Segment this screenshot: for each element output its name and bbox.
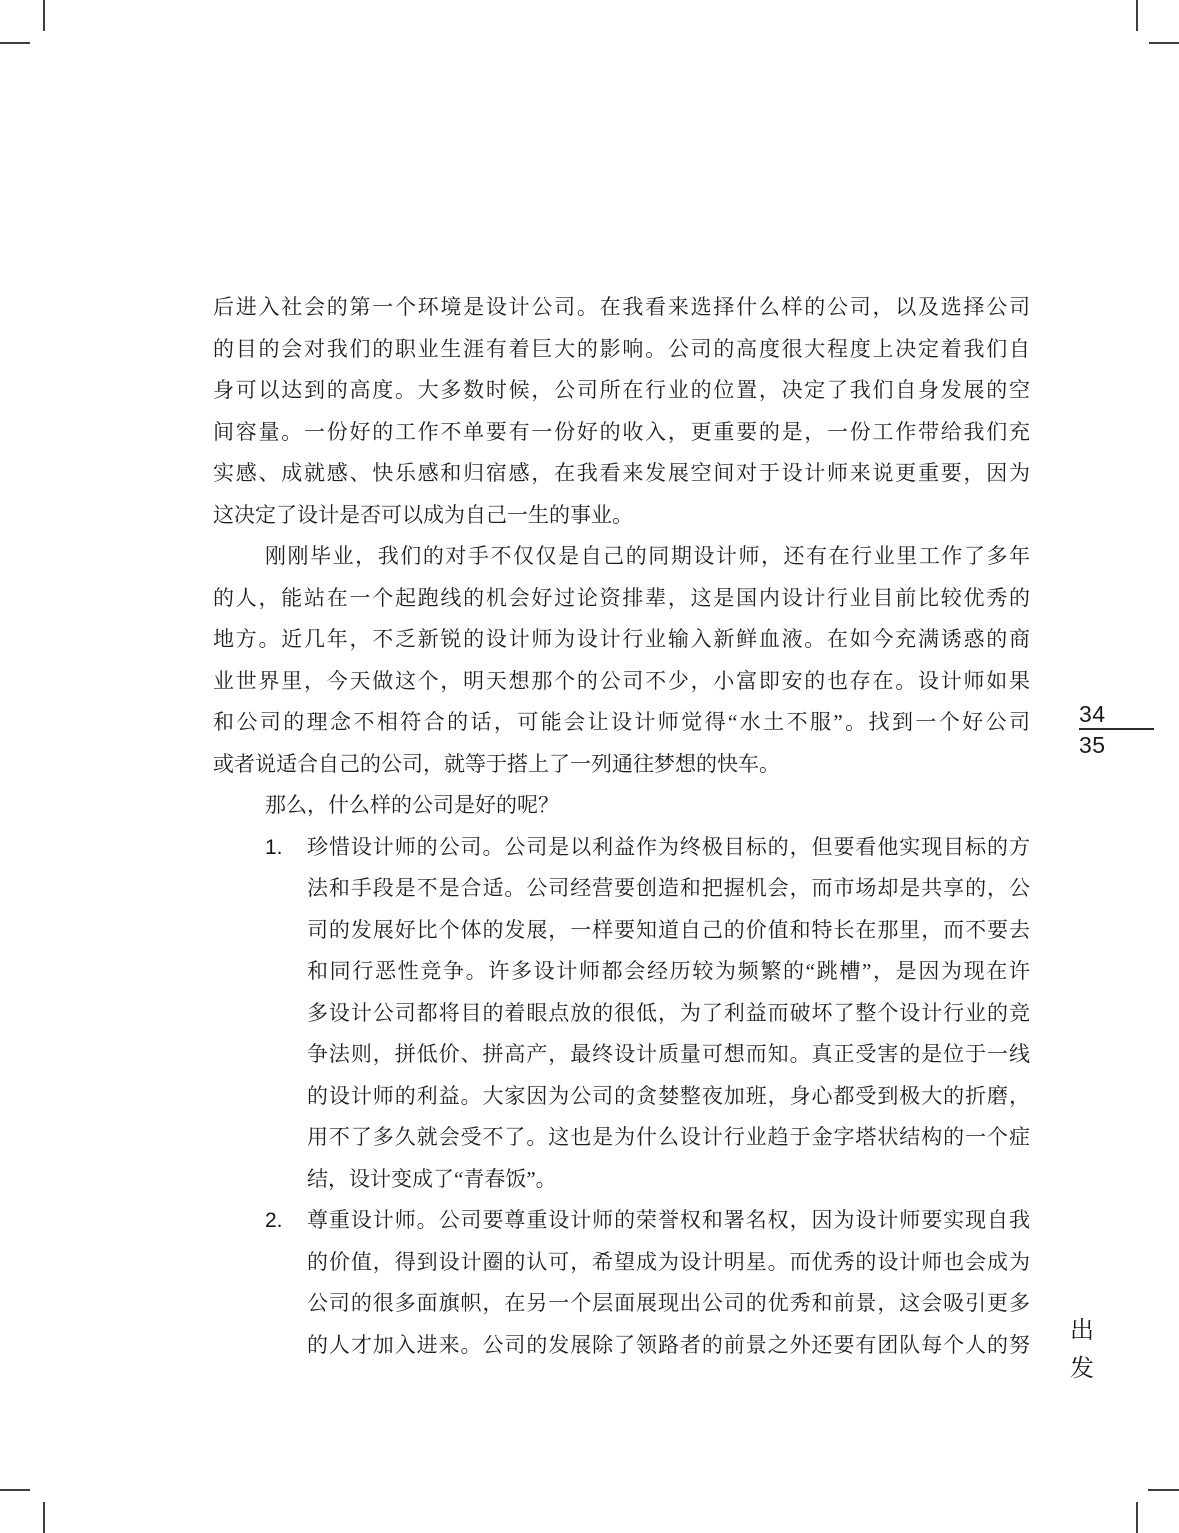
crop-mark-top-left-horizontal — [0, 42, 30, 44]
crop-mark-bottom-left-vertical — [43, 1502, 45, 1533]
page-number-bottom: 35 — [1079, 732, 1154, 759]
crop-mark-bottom-right-vertical — [1136, 1502, 1138, 1533]
text-line: 珍惜设计师的公司。公司是以利益作为终极目标的，但要看他实现目标的方 — [307, 827, 1030, 869]
text-line: 的人才加入进来。公司的发展除了领路者的前景之外还要有团队每个人的努 — [307, 1325, 1030, 1367]
text-line: 刚刚毕业，我们的对手不仅仅是自己的同期设计师，还有在行业里工作了多年 — [213, 536, 1030, 578]
text-line: 这决定了设计是否可以成为自己一生的事业。 — [213, 495, 1030, 537]
text-line: 多设计公司都将目的着眼点放的很低，为了利益而破坏了整个设计行业的竞 — [307, 993, 1030, 1035]
text-line: 实感、成就感、快乐感和归宿感，在我看来发展空间对于设计师来说更重要，因为 — [213, 453, 1030, 495]
crop-mark-top-left-vertical — [43, 0, 45, 31]
text-line: 司的发展好比个体的发展，一样要知道自己的价值和特长在那里，而不要去 — [307, 910, 1030, 952]
text-line: 后进入社会的第一个环境是设计公司。在我看来选择什么样的公司，以及选择公司 — [213, 287, 1030, 329]
margin-title-vertical: 出 发 — [1068, 1313, 1096, 1388]
text-line: 的人，能站在一个起跑线的机会好过论资排辈，这是国内设计行业目前比较优秀的 — [213, 578, 1030, 620]
text-line: 或者说适合自己的公司，就等于搭上了一列通往梦想的快车。 — [213, 744, 1030, 786]
text-line: 和公司的理念不相符合的话，可能会让设计师觉得“水土不服”。找到一个好公司 — [213, 702, 1030, 744]
page-number-top: 34 — [1079, 701, 1154, 728]
text-line: 法和手段是不是合适。公司经营要创造和把握机会，而市场却是共享的，公 — [307, 868, 1030, 910]
paragraph-2: 刚刚毕业，我们的对手不仅仅是自己的同期设计师，还有在行业里工作了多年 的人，能站… — [213, 536, 1030, 785]
text-line: 结，设计变成了“青春饭”。 — [307, 1159, 1030, 1201]
margin-title-char-1: 出 — [1068, 1313, 1096, 1351]
list-number-2: 2. — [265, 1200, 283, 1242]
list-item-1: 1. 珍惜设计师的公司。公司是以利益作为终极目标的，但要看他实现目标的方 法和手… — [213, 827, 1030, 1201]
list-number-1: 1. — [265, 827, 283, 869]
question-line: 那么，什么样的公司是好的呢？ — [213, 785, 1030, 827]
paragraph-1: 后进入社会的第一个环境是设计公司。在我看来选择什么样的公司，以及选择公司 的目的… — [213, 287, 1030, 536]
page-number-block: 34 35 — [1079, 701, 1154, 759]
text-line: 身可以达到的高度。大多数时候，公司所在行业的位置，决定了我们自身发展的空 — [213, 370, 1030, 412]
text-line: 的价值，得到设计圈的认可，希望成为设计明星。而优秀的设计师也会成为 — [307, 1242, 1030, 1284]
text-line: 用不了多久就会受不了。这也是为什么设计行业趋于金字塔状结构的一个症 — [307, 1117, 1030, 1159]
body-text: 后进入社会的第一个环境是设计公司。在我看来选择什么样的公司，以及选择公司 的目的… — [213, 287, 1030, 1366]
crop-mark-bottom-right-horizontal — [1148, 1489, 1179, 1491]
book-page: 后进入社会的第一个环境是设计公司。在我看来选择什么样的公司，以及选择公司 的目的… — [0, 0, 1179, 1533]
text-line: 地方。近几年，不乏新锐的设计师为设计行业输入新鲜血液。在如今充满诱惑的商 — [213, 619, 1030, 661]
text-line: 和同行恶性竞争。许多设计师都会经历较为频繁的“跳槽”，是因为现在许 — [307, 951, 1030, 993]
text-line: 的设计师的利益。大家因为公司的贪婪整夜加班，身心都受到极大的折磨， — [307, 1076, 1030, 1118]
crop-mark-top-right-horizontal — [1149, 42, 1179, 44]
crop-mark-top-right-vertical — [1136, 0, 1138, 31]
text-line: 争法则，拼低价、拼高产，最终设计质量可想而知。真正受害的是位于一线 — [307, 1034, 1030, 1076]
text-line: 尊重设计师。公司要尊重设计师的荣誉权和署名权，因为设计师要实现自我 — [307, 1200, 1030, 1242]
text-line: 间容量。一份好的工作不单要有一份好的收入，更重要的是，一份工作带给我们充 — [213, 412, 1030, 454]
page-number-divider — [1079, 728, 1154, 730]
list-item-2: 2. 尊重设计师。公司要尊重设计师的荣誉权和署名权，因为设计师要实现自我 的价值… — [213, 1200, 1030, 1366]
crop-mark-bottom-left-horizontal — [0, 1489, 30, 1491]
text-line: 业世界里，今天做这个，明天想那个的公司不少，小富即安的也存在。设计师如果 — [213, 661, 1030, 703]
margin-title-char-2: 发 — [1068, 1351, 1096, 1389]
text-line: 公司的很多面旗帜，在另一个层面展现出公司的优秀和前景，这会吸引更多 — [307, 1283, 1030, 1325]
text-line: 的目的会对我们的职业生涯有着巨大的影响。公司的高度很大程度上决定着我们自 — [213, 329, 1030, 371]
